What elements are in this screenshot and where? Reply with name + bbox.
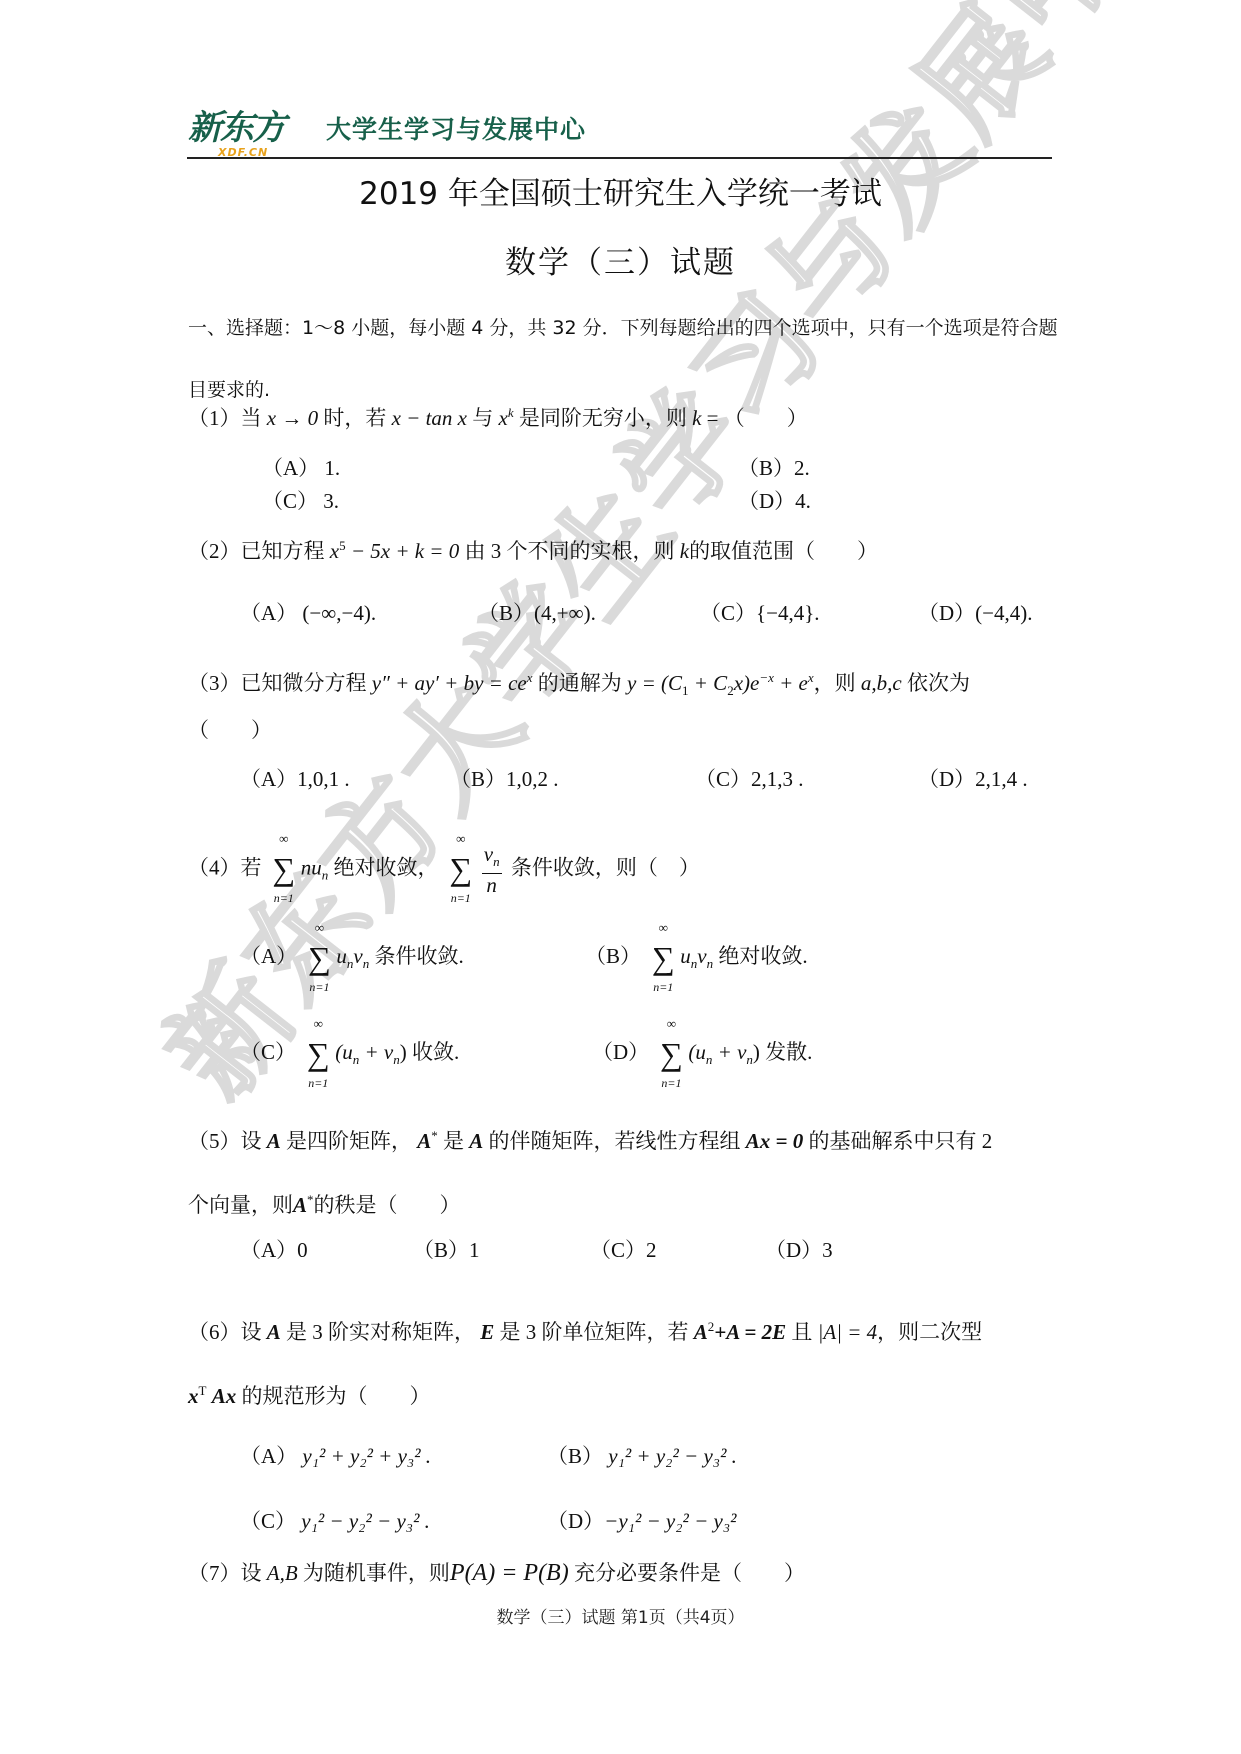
question-number: （5） [188,1129,241,1153]
q5-option-a: （A）0 [240,1234,308,1264]
q3-option-a: （A）1,0,1 . [240,763,350,793]
stem-text: 绝对收敛， [334,855,439,879]
stem-text: 的取值范围（ ） [689,539,878,563]
question-4: （4）若 ∞∑n=1nun 绝对收敛， ∞∑n=1vnn 条件收敛，则（ ） [188,843,700,896]
center-name: 大学生学习与发展中心 [326,110,586,146]
question-1: （1）当 x → 0 时，若 x − tan x 与 xk 是同阶无穷小，则 k… [188,402,808,432]
q4-option-b: （B） ∞∑n=1unvn 绝对收敛. [585,940,808,975]
stem-text: 当 [241,406,262,430]
math-expr: y″ + ay′ + by = ce [372,671,527,695]
math-expr: nu [301,855,322,879]
question-6: （6）设 A 是 3 阶实对称矩阵， E 是 3 阶单位矩阵，若 A2+A = … [188,1316,982,1346]
question-7: （7）设 A,B 为随机事件，则P(A) = P(B) 充分必要条件是（ ） [188,1557,805,1587]
question-2: （2）已知方程 x5 − 5x + k = 0 由 3 个不同的实根，则 k的取… [188,535,878,565]
q2-option-c: （C）{−4,4}. [700,597,820,627]
math-expr: x → 0 [267,406,318,430]
q5-option-d: （D）3 [765,1234,833,1264]
math-exponent: k [508,405,514,420]
header-divider [187,157,1052,159]
stem-text: 与 [472,406,493,430]
stem-text: 时，若 [323,406,386,430]
question-5: （5）设 A 是四阶矩阵， A* 是 A 的伴随矩阵，若线性方程组 Ax = 0… [188,1125,992,1155]
xdf-logo: 新东方 XDF.CN [188,108,298,160]
q5-option-b: （B）1 [413,1234,480,1264]
stem-text: ，则 [814,671,856,695]
q2-option-d: （D）(−4,4). [918,597,1033,627]
exam-page: 新东方大学生学习与发展中心 新东方 XDF.CN 大学生学习与发展中心 2019… [0,0,1241,1754]
summation-symbol: ∞∑n=1 [446,853,476,886]
q6-option-b: （B） y₁² + y₂² − y₃² . [547,1440,737,1470]
question-number: （3） [188,671,241,695]
question-3: （3）已知微分方程 y″ + ay′ + by = cex 的通解为 y = (… [188,667,970,699]
q3-option-c: （C）2,1,3 . [695,763,804,793]
math-expr: k [680,539,689,563]
question-number: （2） [188,539,241,563]
q3-option-d: （D）2,1,4 . [918,763,1028,793]
math-expr: x [330,539,339,563]
q2-option-a: （A） (−∞,−4). [240,597,376,627]
math-expr: − 5x + k = 0 [346,539,460,563]
q4-option-c: （C） ∞∑n=1(un + vn) 收敛. [240,1036,459,1071]
summation-symbol: ∞∑n=1 [269,853,299,886]
q1-option-c: （C） 3. [262,485,339,515]
header: 新东方 XDF.CN 大学生学习与发展中心 [188,100,586,160]
q6-option-c: （C） y₁² − y₂² − y₃² . [240,1505,430,1535]
stem-text: 若 [241,855,262,879]
logo-chinese: 新东方 [188,108,284,148]
exam-title: 2019 年全国硕士研究生入学统一考试 [0,168,1241,213]
fraction: vnn [482,843,502,896]
stem-text: 已知微分方程 [241,671,367,695]
question-number: （1） [188,406,241,430]
page-footer: 数学（三）试题 第1页（共4页） [0,1603,1241,1628]
math-expr: x [498,406,507,430]
question-6-cont: xT Ax 的规范形为（ ） [188,1380,430,1410]
stem-text: 已知方程 [241,539,325,563]
q5-option-c: （C）2 [590,1234,657,1264]
stem-text: 是同阶无穷小，则 [519,406,687,430]
q1-option-a: （A） 1. [262,452,340,482]
q6-option-a: （A） y₁² + y₂² + y₃² . [240,1440,431,1470]
stem-text: 条件收敛，则（ ） [511,855,700,879]
q1-option-d: （D）4. [738,485,811,515]
stem-text: 由 3 个不同的实根，则 [464,539,674,563]
question-number: （6） [188,1320,241,1344]
answer-blank: = （ ） [701,406,807,430]
exam-subtitle: 数学（三）试题 [0,237,1241,282]
question-number: （4） [188,855,241,879]
math-expr: a,b,c [861,671,902,695]
q2-option-b: （B）(4,+∞). [478,597,596,627]
q1-option-b: （B）2. [738,452,810,482]
math-expr: x − tan x [392,406,467,430]
question-5-cont: 个向量，则A*的秩是（ ） [188,1189,461,1219]
q4-option-d: （D） ∞∑n=1(un + vn) 发散. [592,1036,812,1071]
q4-option-a: （A） ∞∑n=1unvn 条件收敛. [240,940,464,975]
stem-text: 依次为 [907,671,970,695]
question-3-blank: （ ） [188,714,272,744]
stem-text: 的通解为 [538,671,622,695]
math-expr: y = (C [627,671,682,695]
q3-option-b: （B）1,0,2 . [450,763,559,793]
q6-option-d: （D）−y₁² − y₂² − y₃² [547,1505,736,1535]
question-number: （7） [188,1561,241,1585]
